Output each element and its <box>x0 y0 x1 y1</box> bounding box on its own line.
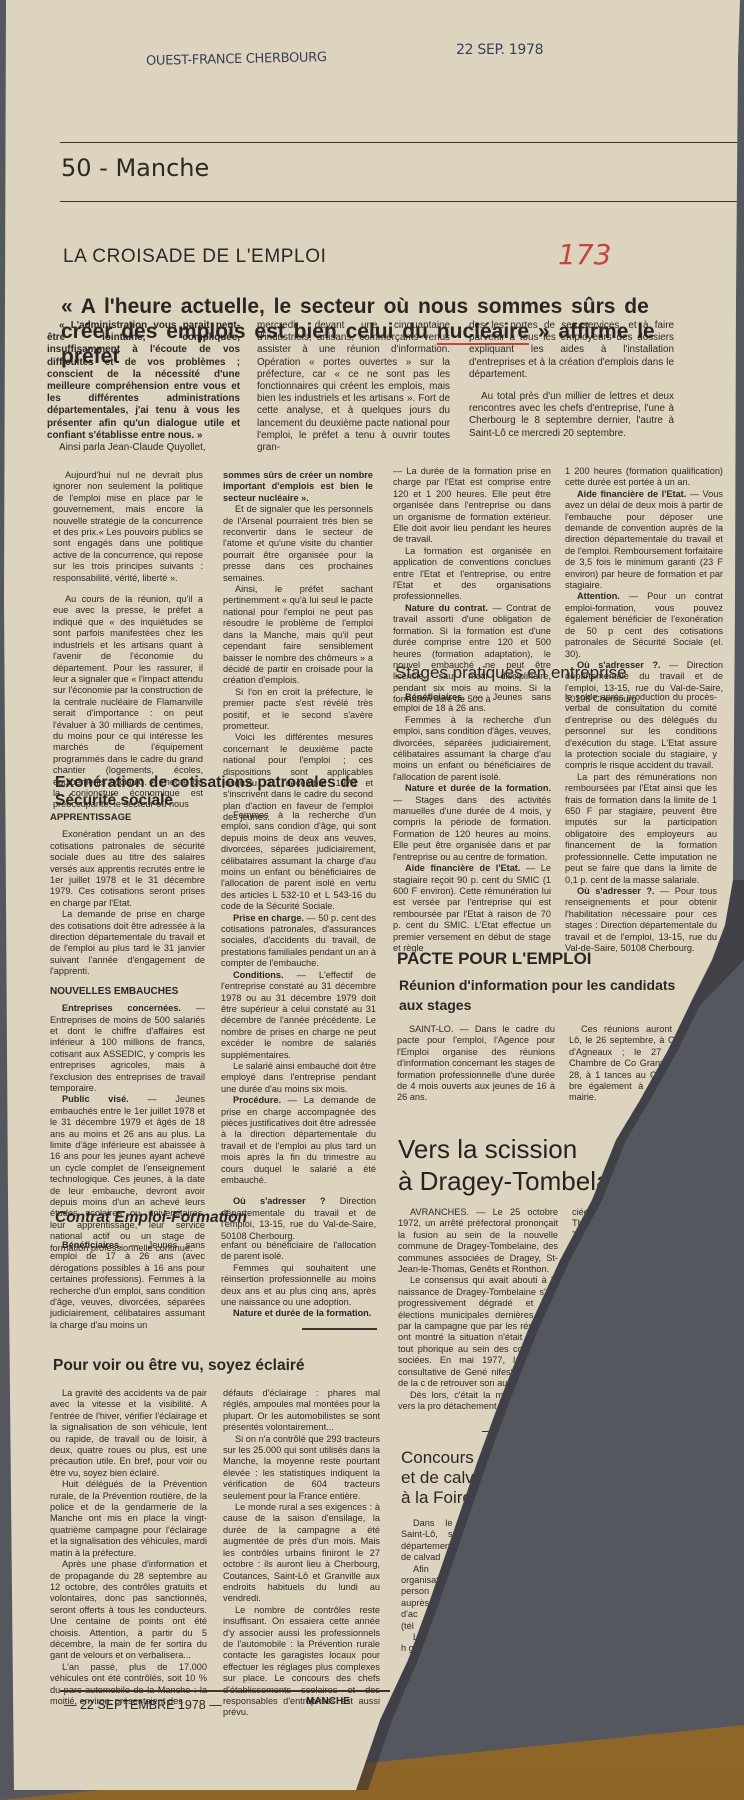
paragraph: Le monde rural a ses exigences : à cause… <box>223 1502 380 1605</box>
text-run: Où s'adresser ?. <box>577 886 655 896</box>
text-run: Entreprises concernées. <box>62 1003 181 1013</box>
text-run: — Jeunes embauchés entre le 1er juillet … <box>50 1094 205 1252</box>
paragraph: Où s'adresser ?. — Pour tous renseigneme… <box>565 886 717 954</box>
paragraph: Attention. — Pour un contrat emploi-form… <box>565 591 723 659</box>
text-run: Attention. <box>577 591 620 601</box>
footer-section: MANCHE <box>306 1696 350 1707</box>
paragraph: Aujourd'hui nul ne devrait plus ignorer … <box>53 470 203 584</box>
embauches-heading: NOUVELLES EMBAUCHES <box>50 986 205 997</box>
text-run: Aide financière de l'Etat. <box>577 489 686 499</box>
pacte-title: PACTE POUR L'EMPLOI <box>397 950 592 968</box>
text-run: Procédure. <box>233 1095 281 1105</box>
paragraph: Et de signaler que les personnels de l'A… <box>223 504 373 584</box>
source-stamp: OUEST-FRANCE CHERBOURG <box>146 50 327 69</box>
body-column-1: Aujourd'hui nul ne devrait plus ignorer … <box>53 470 203 811</box>
paragraph: enfant ou bénéficiaire de l'allocation d… <box>221 1240 376 1263</box>
intro-column-3: des les portes de ses services, et à fai… <box>469 320 674 440</box>
paragraph: 1 200 heures (formation qualification) c… <box>565 466 723 489</box>
text-run: — Jeunes sans emploi de 17 à 26 ans (ave… <box>50 1240 205 1330</box>
text-run: Bénéficiaires. <box>62 1240 122 1250</box>
section-rule <box>60 201 744 202</box>
paragraph: défauts d'éclairage : phares mal réglés,… <box>223 1388 380 1434</box>
pacte-subtitle: Réunion d'information pour les candidats… <box>399 975 699 1015</box>
paragraph: Si l'on en croit la préfecture, le premi… <box>223 687 373 733</box>
footer-date: — 22 SEPTEMBRE 1978 — <box>64 1698 222 1712</box>
exoneration-column-1: APPRENTISSAGE Exonération pendant un an … <box>50 812 205 1254</box>
paragraph: Public visé. — Jeunes embauchés entre le… <box>50 1094 205 1254</box>
paragraph: Aide financière de l'Etat. — Le stagiair… <box>393 863 551 954</box>
text-run: — Vous avez un délai de deux mois à part… <box>565 489 723 590</box>
paragraph: Après une phase d'information et de prop… <box>50 1559 207 1662</box>
footer-rule <box>60 1690 390 1692</box>
paragraph: Procédure. — La demande de prise en char… <box>221 1095 376 1186</box>
paragraph: le solde après production du procès-verb… <box>565 692 717 772</box>
paragraph: Femmes qui souhaitent une réinsertion pr… <box>221 1263 376 1309</box>
paragraph: La part des rémunérations non remboursée… <box>565 772 717 886</box>
paragraph: Nature et durée de la formation. <box>221 1308 376 1319</box>
intro-column-2: mercredi, devant une cinquantaine d'indu… <box>257 320 450 454</box>
section-title: 50 - Manche <box>61 154 209 182</box>
dragey-title-line-1: Vers la scission <box>398 1134 577 1164</box>
paragraph: mercredi, devant une cinquantaine d'indu… <box>257 320 450 454</box>
stages-column-2: le solde après production du procès-verb… <box>565 692 717 954</box>
apprentissage-heading: APPRENTISSAGE <box>50 812 205 823</box>
text-run: — Contrat de travail assorti d'une oblig… <box>393 603 551 704</box>
paragraph: Le salarié ainsi embauché doit être empl… <box>221 1061 376 1095</box>
paragraph: Prise en charge. — 50 p. cent des cotisa… <box>221 913 376 970</box>
paragraph: Bénéficiaires. — Jeunes sans emploi de 1… <box>50 1240 205 1331</box>
paragraph: Exonération pendant un an des cotisation… <box>50 829 205 909</box>
paragraph: des les portes de ses services, et à fai… <box>469 320 674 381</box>
top-rule <box>60 142 744 143</box>
exoneration-column-2: Femmes à la recherche d'un emploi, sans … <box>221 810 376 1242</box>
text-run: — Stages dans des activités manuelles d'… <box>393 795 551 862</box>
paragraph: Aide financière de l'Etat. — Vous avez u… <box>565 489 723 592</box>
eclaire-column-1: La gravité des accidents va de pair avec… <box>50 1388 207 1707</box>
paragraph: AVRANCHES. — Le 25 octobre 1972, un arrê… <box>398 1207 558 1275</box>
stages-title: Stages pratiques en entreprise <box>395 664 627 682</box>
text-run: — La demande de prise en charge accompag… <box>221 1095 376 1185</box>
body-column-2: sommes sûrs de créer un nombre important… <box>223 470 373 824</box>
text-run: Où s'adresser ? <box>233 1196 325 1206</box>
paragraph: Si on n'a contrôlé que 293 tracteurs sur… <box>223 1434 380 1502</box>
contrat-column-2: enfant ou bénéficiaire de l'allocation d… <box>221 1240 376 1320</box>
dragey-title-line-2: à Dragey-Tombela <box>398 1166 610 1196</box>
date-stamp: 22 SEP. 1978 <box>456 42 543 58</box>
handwritten-annotation: 173 <box>558 238 611 271</box>
stages-column-1: Bénéficiaires. — Jeunes sans emploi de 1… <box>393 692 551 954</box>
exoneration-title: Exonération de cotisations patronales de… <box>55 774 375 810</box>
text-run: Conditions. <box>233 970 284 980</box>
text-run: Bénéficiaires. <box>405 692 465 702</box>
contrat-column-1: Bénéficiaires. — Jeunes sans emploi de 1… <box>50 1240 205 1331</box>
paragraph: La demande de prise en charge des cotisa… <box>50 909 205 977</box>
paragraph: La gravité des accidents va de pair avec… <box>50 1388 207 1479</box>
eclaire-column-2: défauts d'éclairage : phares mal réglés,… <box>223 1388 380 1719</box>
paragraph: sommes sûrs de créer un nombre important… <box>223 470 373 504</box>
text-run: Prise en charge. <box>233 913 304 923</box>
paragraph: — La durée de la formation prise en char… <box>393 466 551 546</box>
paragraph: Bénéficiaires. — Jeunes sans emploi de 1… <box>393 692 551 715</box>
paragraph: SAINT-LO. — Dans le cadre du pacte pour … <box>397 1024 555 1104</box>
text-run: — L'effectif de l'entreprise constaté au… <box>221 970 376 1060</box>
paragraph: Le nombre de contrôles reste insuffisant… <box>223 1605 380 1719</box>
paragraph: Nature du contrat. — Contrat de travail … <box>393 603 551 706</box>
paragraph: Huit délégués de la Prévention rurale, d… <box>50 1479 207 1559</box>
paragraph: Femmes à la recherche d'un emploi, sans … <box>393 715 551 783</box>
paragraph: « L'administration vous parait peut-être… <box>47 320 240 442</box>
paragraph: Conditions. — L'effectif de l'entreprise… <box>221 970 376 1061</box>
intro-column-1: « L'administration vous parait peut-être… <box>47 320 240 454</box>
paragraph: Entreprises concernées. — Entreprises de… <box>50 1003 205 1094</box>
text-run: — Entreprises de moins de 500 salariés e… <box>50 1003 205 1093</box>
eclaire-title: Pour voir ou être vu, soyez éclairé <box>53 1357 305 1375</box>
pacte-column-1: SAINT-LO. — Dans le cadre du pacte pour … <box>397 1024 555 1104</box>
text-run: Nature du contrat. <box>405 603 488 613</box>
paragraph: Nature et durée de la formation. — Stage… <box>393 783 551 863</box>
text-run: Nature et durée de la formation. <box>405 783 551 793</box>
kicker: LA CROISADE DE L'EMPLOI <box>63 246 326 268</box>
text-run: — Pour un contrat emploi-formation, vous… <box>565 591 723 658</box>
text-run: Aide financière de l'Etat. <box>405 863 520 873</box>
text-run: — Le stagiaire reçoit 90 p. cent du SMIC… <box>393 863 551 953</box>
paragraph: Femmes à la recherche d'un emploi, sans … <box>221 810 376 913</box>
paragraph: Ainsi, le préfet sachant pertinemment « … <box>223 584 373 687</box>
paragraph: Ainsi parla Jean-Claude Quyollet, <box>47 442 240 454</box>
contrat-end-rule <box>302 1328 377 1330</box>
text-run: Public visé. <box>62 1094 129 1104</box>
paragraph: Au total près d'un millier de lettres et… <box>469 391 674 440</box>
paragraph: La formation est organisée en applicatio… <box>393 546 551 603</box>
contrat-title: Contrat Emploi-Formation <box>55 1209 247 1227</box>
